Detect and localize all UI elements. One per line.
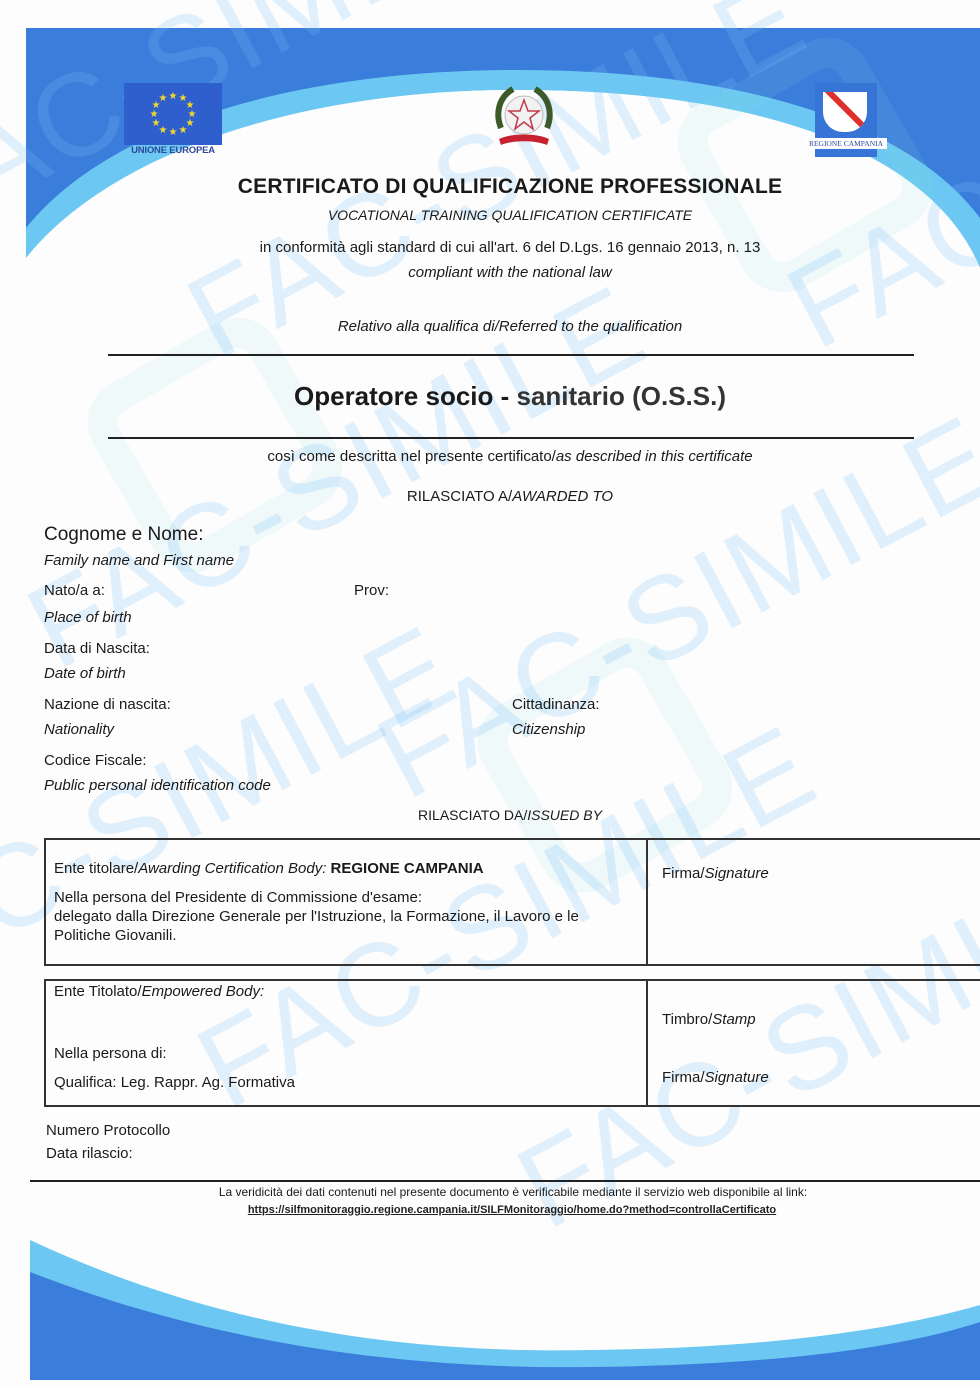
awarded-to-label: RILASCIATO A/AWARDED TO <box>0 488 980 505</box>
awarded-en: AWARDED TO <box>512 488 613 505</box>
signature2-en: Signature <box>705 1069 769 1086</box>
fiscal-code-label-en: Public personal identification code <box>44 777 271 794</box>
nation-label-en: Nationality <box>44 721 114 738</box>
signature-label: Firma/Signature <box>662 864 769 883</box>
province-label: Prov: <box>354 582 389 599</box>
awarding-person: Nella persona del Presidente di Commissi… <box>54 888 422 907</box>
protocol-number-label: Numero Protocollo <box>46 1122 170 1139</box>
certificate-subtitle: VOCATIONAL TRAINING QUALIFICATION CERTIF… <box>0 207 980 223</box>
qualification-name-part1: Operatore socio - <box>294 381 517 411</box>
qualification-name: Operatore socio - sanitario (O.S.S.) <box>0 381 980 412</box>
verification-text: La veridicità dei dati contenuti nel pre… <box>0 1185 980 1199</box>
svg-text:★: ★ <box>179 125 188 136</box>
regione-campania-logo: REGIONE CAMPANIA <box>815 83 877 157</box>
described-text: così come descritta nel presente certifi… <box>0 448 980 465</box>
footer-divider <box>30 1180 980 1182</box>
eu-label: UNIONE EUROPEA <box>124 145 222 156</box>
birthplace-label: Nato/a a: <box>44 582 105 599</box>
empowered-role: Qualifica: Leg. Rappr. Ag. Formativa <box>54 1073 295 1092</box>
compliant-text: compliant with the national law <box>0 264 980 281</box>
eu-flag-icon: ★★★ ★★★ ★★★ ★★★ <box>124 83 222 145</box>
divider <box>108 354 914 356</box>
svg-text:★: ★ <box>169 91 178 102</box>
empowered-person: Nella persona di: <box>54 1044 167 1063</box>
birthdate-label-en: Date of birth <box>44 665 126 682</box>
empowered-body-line: Ente Titolato/Empowered Body: <box>54 982 264 1001</box>
citizenship-label: Cittadinanza: <box>512 696 600 713</box>
campania-shield-icon <box>823 92 867 132</box>
issued-en: ISSUED BY <box>527 807 602 823</box>
stamp-signature-cell <box>646 979 980 1107</box>
svg-text:★: ★ <box>169 127 178 138</box>
stamp-en: Stamp <box>712 1011 755 1028</box>
issued-it: RILASCIATO DA/ <box>418 807 527 823</box>
verification-link[interactable]: https://silfmonitoraggio.regione.campani… <box>0 1204 980 1216</box>
issue-date-label: Data rilascio: <box>46 1145 133 1162</box>
citizenship-label-en: Citizenship <box>512 721 585 738</box>
qualification-name-part2: sanitario (O.S.S.) <box>517 381 727 411</box>
signature-label-2: Firma/Signature <box>662 1068 769 1087</box>
signature-en: Signature <box>705 865 769 882</box>
italian-republic-emblem-icon <box>491 83 557 153</box>
birthplace-label-en: Place of birth <box>44 609 132 626</box>
name-label-en: Family name and First name <box>44 552 234 569</box>
svg-text:★: ★ <box>159 93 168 104</box>
signature2-it: Firma/ <box>662 1069 705 1086</box>
fiscal-code-label: Codice Fiscale: <box>44 752 147 769</box>
nation-label: Nazione di nascita: <box>44 696 171 713</box>
stamp-label: Timbro/Stamp <box>662 1010 756 1029</box>
issued-by-label: RILASCIATO DA/ISSUED BY <box>0 807 980 823</box>
conformity-text: in conformità agli standard di cui all'a… <box>0 239 980 256</box>
signature-it: Firma/ <box>662 865 705 882</box>
signature-cell <box>646 838 980 966</box>
empowered-it: Ente Titolato/ <box>54 983 142 1000</box>
campania-label: REGIONE CAMPANIA <box>805 138 887 149</box>
empowered-en: Empowered Body: <box>142 983 265 1000</box>
described-it: così come descritta nel presente certifi… <box>267 448 555 465</box>
stamp-it: Timbro/ <box>662 1011 712 1028</box>
awarding-it: Ente titolare/ <box>54 860 138 877</box>
awarding-delegate: delegato dalla Direzione Generale per l'… <box>54 907 639 945</box>
awarded-it: RILASCIATO A/ <box>407 488 512 505</box>
qualification-intro: Relativo alla qualifica di/Referred to t… <box>0 318 980 335</box>
eu-logo: ★★★ ★★★ ★★★ ★★★ UNIONE EUROPEA <box>124 83 222 157</box>
awarding-body-line: Ente titolare/Awarding Certification Bod… <box>54 859 484 878</box>
divider <box>108 437 914 439</box>
birthdate-label: Data di Nascita: <box>44 640 150 657</box>
name-label: Cognome e Nome: <box>44 524 203 546</box>
footer-band <box>30 1230 980 1380</box>
described-en: as described in this certificate <box>556 448 753 465</box>
certificate-title: CERTIFICATO DI QUALIFICAZIONE PROFESSION… <box>0 175 980 199</box>
awarding-en: Awarding Certification Body: <box>138 860 326 877</box>
awarding-body-value: REGIONE CAMPANIA <box>331 860 484 877</box>
